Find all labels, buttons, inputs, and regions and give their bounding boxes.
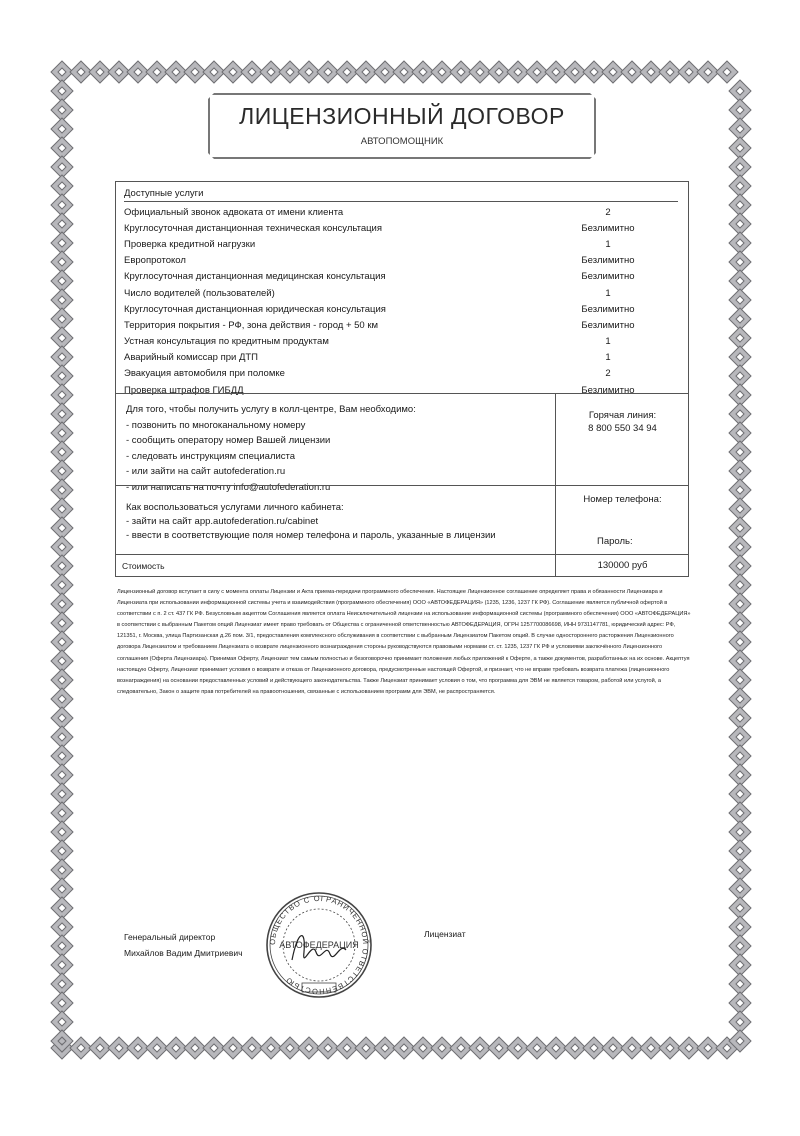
terms-fine-print: Лицензионный договор вступает в силу с м… (117, 587, 692, 698)
service-name: Круглосуточная дистанционная юридическая… (124, 304, 538, 315)
cost-value: 130000 руб (557, 555, 688, 577)
service-row: Официальный звонок адвоката от имени кли… (124, 204, 678, 220)
services-list: Официальный звонок адвоката от имени кли… (124, 204, 678, 398)
stamp-center-text: АВТОФЕДЕРАЦИЯ (279, 940, 358, 950)
service-row: Круглосуточная дистанционная техническая… (124, 220, 678, 236)
call-center-instructions: Для того, чтобы получить услугу в колл-ц… (116, 394, 556, 486)
service-value: Безлимитно (538, 320, 678, 331)
service-row: Территория покрытия - РФ, зона действия … (124, 317, 678, 333)
document-subtitle: АВТОПОМОЩНИК (210, 136, 594, 147)
director-signature-block: Генеральный директор Михайлов Вадим Дмит… (124, 929, 243, 961)
service-name: Круглосуточная дистанционная техническая… (124, 223, 538, 234)
service-name: Число водителей (пользователей) (124, 288, 538, 299)
cost-label: Стоимость (116, 555, 556, 577)
service-name: Устная консультация по кредитным продукт… (124, 336, 538, 347)
instruction-line: - ввести в соответствующие поля номер те… (126, 529, 545, 543)
instruction-line: - или зайти на сайт autofederation.ru (126, 464, 545, 480)
service-row: Проверка кредитной нагрузки1 (124, 236, 678, 252)
service-value: 1 (538, 239, 678, 250)
call-center-section: Для того, чтобы получить услугу в колл-ц… (116, 393, 688, 486)
service-name: Проверка кредитной нагрузки (124, 239, 538, 250)
hotline-label: Горячая линия: (557, 410, 688, 421)
service-row: ЕвропротоколБезлимитно (124, 253, 678, 269)
service-row: Число водителей (пользователей)1 (124, 285, 678, 301)
cabinet-instructions: Как воспользоваться услугами личного каб… (116, 486, 556, 555)
service-value: Безлимитно (538, 255, 678, 266)
service-name: Эвакуация автомобиля при поломке (124, 368, 538, 379)
service-value: Безлимитно (538, 223, 678, 234)
service-name: Круглосуточная дистанционная медицинская… (124, 271, 538, 282)
service-row: Круглосуточная дистанционная медицинская… (124, 269, 678, 285)
instruction-line: - зайти на сайт app.autofederation.ru/ca… (126, 515, 545, 529)
service-name: Территория покрытия - РФ, зона действия … (124, 320, 538, 331)
password-label: Пароль: (597, 536, 633, 547)
instruction-line: - следовать инструкциям специалиста (126, 449, 545, 465)
service-value: Безлимитно (538, 271, 678, 282)
service-row: Устная консультация по кредитным продукт… (124, 334, 678, 350)
service-value: Безлимитно (538, 304, 678, 315)
service-row: Аварийный комиссар при ДТП1 (124, 350, 678, 366)
service-value: 2 (538, 368, 678, 379)
service-name: Аварийный комиссар при ДТП (124, 352, 538, 363)
service-value: 1 (538, 352, 678, 363)
hotline-number: 8 800 550 34 94 (557, 423, 688, 434)
service-value: 1 (538, 288, 678, 299)
instruction-line: - позвонить по многоканальному номеру (126, 418, 545, 434)
license-details-box: Доступные услуги Официальный звонок адво… (115, 181, 689, 577)
cost-section: Стоимость 130000 руб (116, 554, 688, 577)
credentials-cell: Номер телефона: Пароль: (557, 486, 688, 555)
service-row: Круглосуточная дистанционная юридическая… (124, 301, 678, 317)
cabinet-section: Как воспользоваться услугами личного каб… (116, 485, 688, 555)
service-row: Эвакуация автомобиля при поломке2 (124, 366, 678, 382)
instruction-line: Как воспользоваться услугами личного каб… (126, 501, 545, 515)
hotline-cell: Горячая линия: 8 800 550 34 94 (557, 394, 688, 486)
instruction-line: Для того, чтобы получить услугу в колл-ц… (126, 402, 545, 418)
service-value: 1 (538, 336, 678, 347)
director-name: Михайлов Вадим Дмитриевич (124, 945, 243, 961)
service-value: 2 (538, 207, 678, 218)
instruction-line: - сообщить оператору номер Вашей лицензи… (126, 433, 545, 449)
services-header: Доступные услуги (124, 188, 678, 202)
director-title: Генеральный директор (124, 929, 243, 945)
licensee-label: Лицензиат (424, 929, 466, 939)
title-box: ЛИЦЕНЗИОННЫЙ ДОГОВОР АВТОПОМОЩНИК (208, 93, 596, 159)
service-name: Европротокол (124, 255, 538, 266)
company-stamp-icon: ОБЩЕСТВО С ОГРАНИЧЕННОЙ ОТВЕТСТВЕННОСТЬЮ… (264, 890, 374, 1000)
phone-number-label: Номер телефона: (557, 494, 688, 505)
document-title: ЛИЦЕНЗИОННЫЙ ДОГОВОР (210, 103, 594, 130)
service-name: Официальный звонок адвоката от имени кли… (124, 207, 538, 218)
